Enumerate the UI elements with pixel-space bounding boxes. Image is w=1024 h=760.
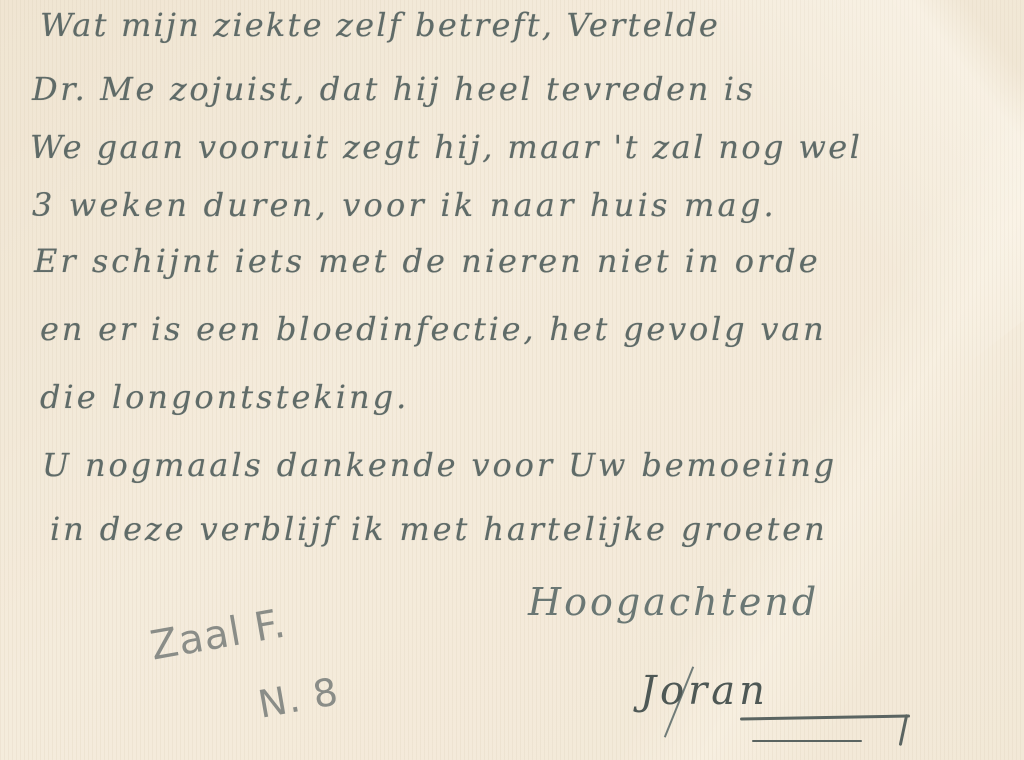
letter-line-9: in deze verblijf ik met hartelijke groet… — [50, 510, 828, 548]
pencil-note-room: Zaal F. — [147, 600, 289, 669]
letter-closing: Hoogachtend — [528, 580, 819, 624]
letter-page: Wat mijn ziekte zelf betreft, Vertelde D… — [0, 0, 1024, 760]
letter-line-5: Er schijnt iets met de nieren niet in or… — [34, 242, 821, 280]
letter-line-4: 3 weken duren, voor ik naar huis mag. — [32, 186, 777, 224]
letter-line-8: U nogmaals dankende voor Uw bemoeiing — [42, 446, 837, 484]
signature-underline — [752, 740, 862, 742]
letter-line-1: Wat mijn ziekte zelf betreft, Vertelde — [40, 6, 720, 44]
letter-line-6: en er is een bloedinfectie, het gevolg v… — [40, 310, 827, 348]
signature-flourish-tail — [899, 714, 909, 746]
letter-line-7: die longontsteking. — [40, 378, 409, 416]
pencil-note-number: N. 8 — [255, 669, 342, 726]
letter-line-2: Dr. Me zojuist, dat hij heel tevreden is — [32, 70, 756, 108]
signature: Joran — [640, 668, 769, 714]
signature-flourish — [740, 715, 910, 721]
letter-line-3: We gaan vooruit zegt hij, maar 't zal no… — [30, 128, 862, 166]
